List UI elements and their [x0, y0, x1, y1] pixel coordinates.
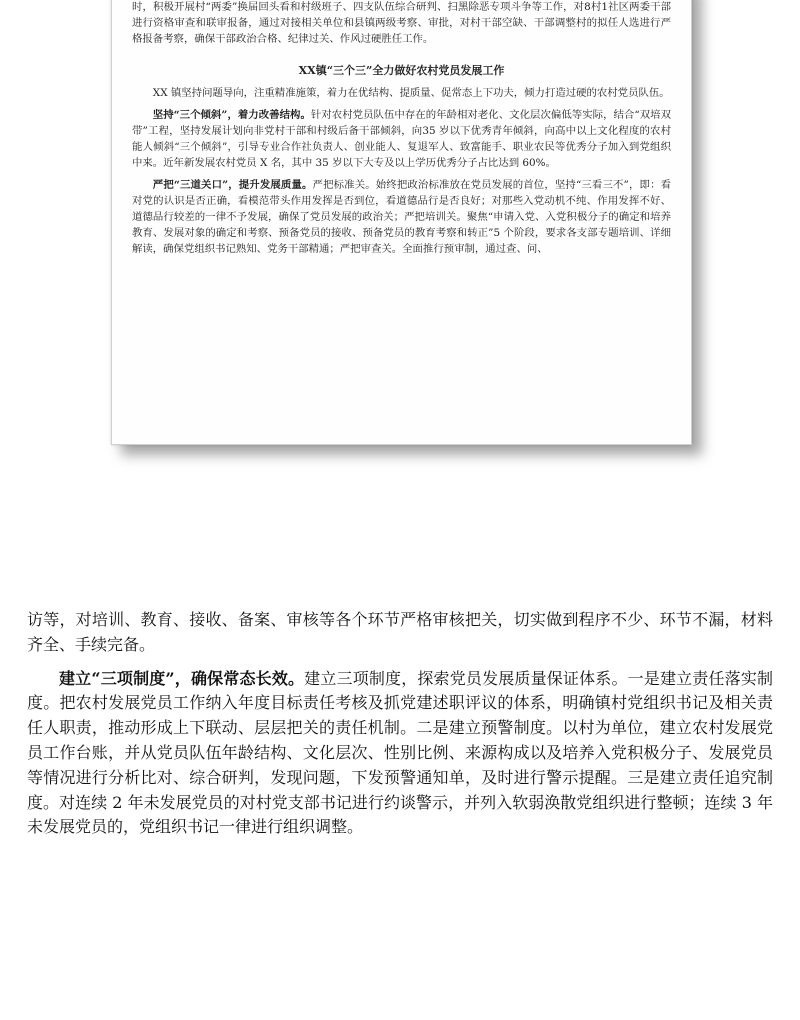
- continuation-text: 访等，对培训、教育、接收、备案、审核等各个环节严格审核把关，切实做到程序不少、环…: [27, 608, 773, 840]
- continued-paragraph: 推行（负责人）包保重点工作、一般干部包产业帮扶责任制，不断强化责任意识，提高重点…: [132, 0, 671, 47]
- continuation-paragraph: 访等，对培训、教育、接收、备案、审核等各个环节严格审核把关，切实做到程序不少、环…: [27, 608, 773, 658]
- document-page-preview: 推行（负责人）包保重点工作、一般干部包产业帮扶责任制，不断强化责任意识，提高重点…: [111, 0, 692, 445]
- page-content: 推行（负责人）包保重点工作、一般干部包产业帮扶责任制，不断强化责任意识，提高重点…: [132, 0, 671, 257]
- section-1-lead: 坚持“三个倾斜”，着力改善结构。: [153, 109, 311, 121]
- section-3-paragraph: 建立“三项制度”，确保常态长效。建立三项制度，探索党员发展质量保证体系。一是建立…: [27, 667, 773, 841]
- section-2-paragraph: 严把“三道关口”，提升发展质量。严把标准关。始终把政治标准放在党员发展的首位，坚…: [132, 177, 671, 257]
- intro-paragraph: XX 镇坚持问题导向，注重精准施策，着力在优结构、提质量、促常态上下功夫，倾力打…: [132, 85, 671, 101]
- article-title: XX镇“三个三”全力做好农村党员发展工作: [132, 63, 671, 79]
- section-2-lead: 严把“三道关口”，提升发展质量。: [153, 179, 313, 191]
- section-3-body: 建立三项制度，探索党员发展质量保证体系。一是建立责任落实制度。把农村发展党员工作…: [27, 669, 773, 837]
- section-3-lead: 建立“三项制度”，确保常态长效。: [59, 669, 304, 688]
- section-1-paragraph: 坚持“三个倾斜”，着力改善结构。针对农村党员队伍中存在的年龄相对老化、文化层次偏…: [132, 107, 671, 171]
